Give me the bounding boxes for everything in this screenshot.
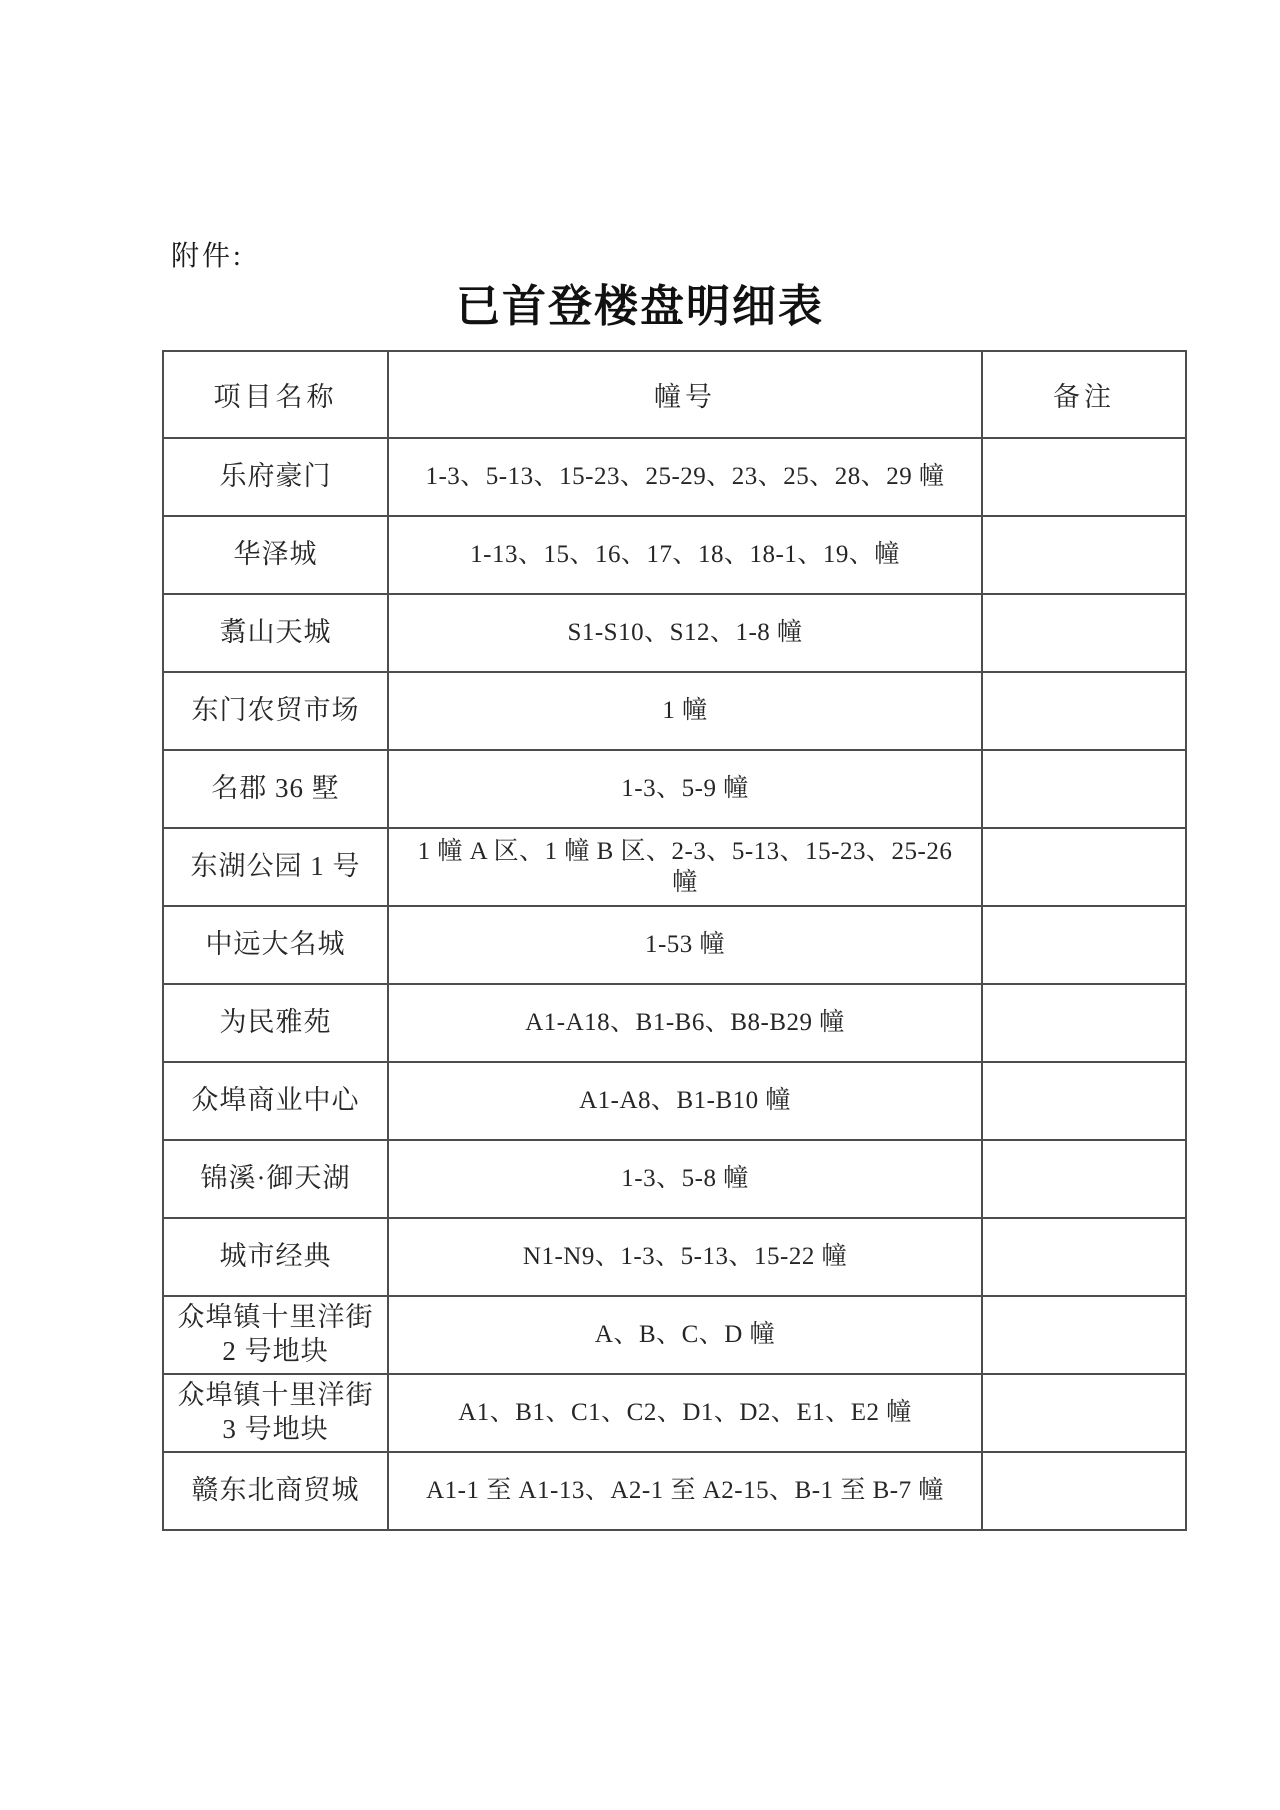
- remark-cell: [982, 1218, 1186, 1296]
- header-project-name: 项目名称: [163, 351, 388, 438]
- header-row: 项目名称 幢号 备注: [163, 351, 1186, 438]
- header-building-number: 幢号: [388, 351, 982, 438]
- header-remark: 备注: [982, 351, 1186, 438]
- remark-cell: [982, 1374, 1186, 1452]
- building-number-cell: A、B、C、D 幢: [388, 1296, 982, 1374]
- remark-cell: [982, 828, 1186, 906]
- project-name-cell: 乐府豪门: [163, 438, 388, 516]
- project-name-cell: 众埠商业中心: [163, 1062, 388, 1140]
- table-row: 翥山天城 S1-S10、S12、1-8 幢: [163, 594, 1186, 672]
- project-name-cell: 名郡 36 墅: [163, 750, 388, 828]
- table-row: 众埠镇十里洋街 3 号地块 A1、B1、C1、C2、D1、D2、E1、E2 幢: [163, 1374, 1186, 1452]
- table-row: 赣东北商贸城 A1-1 至 A1-13、A2-1 至 A2-15、B-1 至 B…: [163, 1452, 1186, 1530]
- table-row: 东湖公园 1 号 1 幢 A 区、1 幢 B 区、2-3、5-13、15-23、…: [163, 828, 1186, 906]
- remark-cell: [982, 1140, 1186, 1218]
- building-number-cell: A1-A8、B1-B10 幢: [388, 1062, 982, 1140]
- remark-cell: [982, 516, 1186, 594]
- table-row: 众埠镇十里洋街 2 号地块 A、B、C、D 幢: [163, 1296, 1186, 1374]
- building-number-cell: N1-N9、1-3、5-13、15-22 幢: [388, 1218, 982, 1296]
- project-name-cell: 锦溪·御天湖: [163, 1140, 388, 1218]
- table-row: 众埠商业中心 A1-A8、B1-B10 幢: [163, 1062, 1186, 1140]
- project-name-cell: 众埠镇十里洋街 2 号地块: [163, 1296, 388, 1374]
- remark-cell: [982, 1062, 1186, 1140]
- project-name-cell: 为民雅苑: [163, 984, 388, 1062]
- project-name-cell: 中远大名城: [163, 906, 388, 984]
- building-number-cell: A1、B1、C1、C2、D1、D2、E1、E2 幢: [388, 1374, 982, 1452]
- building-number-cell: 1-3、5-9 幢: [388, 750, 982, 828]
- table-row: 华泽城 1-13、15、16、17、18、18-1、19、幢: [163, 516, 1186, 594]
- project-name-cell: 华泽城: [163, 516, 388, 594]
- buildings-table: 项目名称 幢号 备注 乐府豪门 1-3、5-13、15-23、25-29、23、…: [162, 350, 1187, 1531]
- page-title: 已首登楼盘明细表: [0, 270, 1280, 334]
- table-row: 名郡 36 墅 1-3、5-9 幢: [163, 750, 1186, 828]
- remark-cell: [982, 438, 1186, 516]
- project-name-cell: 东门农贸市场: [163, 672, 388, 750]
- table-row: 锦溪·御天湖 1-3、5-8 幢: [163, 1140, 1186, 1218]
- project-name-cell: 城市经典: [163, 1218, 388, 1296]
- project-name-cell: 众埠镇十里洋街 3 号地块: [163, 1374, 388, 1452]
- table-row: 东门农贸市场 1 幢: [163, 672, 1186, 750]
- table-row: 城市经典 N1-N9、1-3、5-13、15-22 幢: [163, 1218, 1186, 1296]
- table-row: 为民雅苑 A1-A18、B1-B6、B8-B29 幢: [163, 984, 1186, 1062]
- building-number-cell: 1-13、15、16、17、18、18-1、19、幢: [388, 516, 982, 594]
- remark-cell: [982, 750, 1186, 828]
- project-name-cell: 东湖公园 1 号: [163, 828, 388, 906]
- document-page: 附件: 已首登楼盘明细表 项目名称 幢号 备注 乐府豪门 1-3、5-13、15…: [0, 0, 1280, 1810]
- project-name-cell: 赣东北商贸城: [163, 1452, 388, 1530]
- building-number-cell: A1-1 至 A1-13、A2-1 至 A2-15、B-1 至 B-7 幢: [388, 1452, 982, 1530]
- attachment-label: 附件:: [171, 234, 244, 274]
- remark-cell: [982, 984, 1186, 1062]
- table-row: 中远大名城 1-53 幢: [163, 906, 1186, 984]
- remark-cell: [982, 594, 1186, 672]
- remark-cell: [982, 906, 1186, 984]
- table-header: 项目名称 幢号 备注: [163, 351, 1186, 438]
- building-number-cell: 1 幢: [388, 672, 982, 750]
- building-number-cell: 1 幢 A 区、1 幢 B 区、2-3、5-13、15-23、25-26 幢: [388, 828, 982, 906]
- remark-cell: [982, 1296, 1186, 1374]
- building-number-cell: 1-3、5-8 幢: [388, 1140, 982, 1218]
- remark-cell: [982, 1452, 1186, 1530]
- building-number-cell: A1-A18、B1-B6、B8-B29 幢: [388, 984, 982, 1062]
- building-number-cell: S1-S10、S12、1-8 幢: [388, 594, 982, 672]
- table-body: 乐府豪门 1-3、5-13、15-23、25-29、23、25、28、29 幢 …: [163, 438, 1186, 1530]
- building-number-cell: 1-53 幢: [388, 906, 982, 984]
- table-row: 乐府豪门 1-3、5-13、15-23、25-29、23、25、28、29 幢: [163, 438, 1186, 516]
- project-name-cell: 翥山天城: [163, 594, 388, 672]
- building-number-cell: 1-3、5-13、15-23、25-29、23、25、28、29 幢: [388, 438, 982, 516]
- remark-cell: [982, 672, 1186, 750]
